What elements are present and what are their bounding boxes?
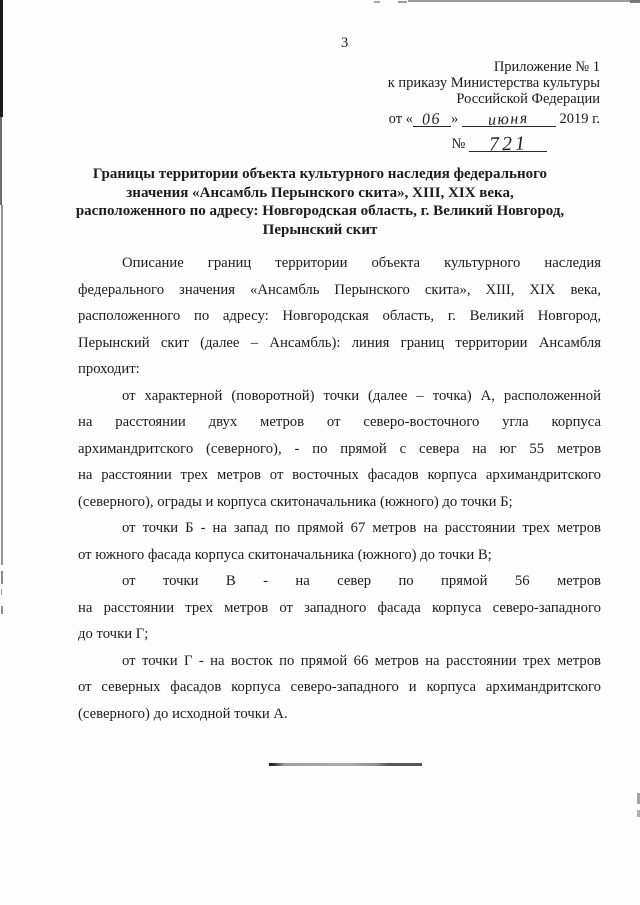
body-line: (северного) до исходной точки А. [78, 701, 601, 728]
body-line: от характерной (поворотной) точки (далее… [78, 383, 601, 410]
date-prefix: от « [389, 111, 413, 127]
body-line: от южного фасада корпуса скитоначальника… [78, 542, 601, 569]
body-line: до точки Г; [78, 621, 601, 648]
scan-artifact-left-dash [1, 589, 2, 595]
scanned-document-page: 3 Приложение № 1 к приказу Министерства … [0, 0, 640, 905]
order-number-line: № 721 [388, 132, 547, 154]
body-line: архимандритского (северного), - по прямо… [78, 436, 601, 463]
body-line: на расстоянии двух метров от северо-вост… [78, 409, 601, 436]
body-line: от точки Г - на восток по прямой 66 метр… [78, 648, 601, 675]
body-line: (северного), ограды и корпуса скитоначал… [78, 489, 601, 516]
title-line: Перынский скит [30, 221, 610, 240]
body-line: расположенного по адресу: Новгородская о… [78, 303, 601, 330]
handwritten-month: июня [488, 109, 530, 131]
scan-artifact-top-mark [398, 1, 407, 3]
appendix-header-line: Приложение № 1 [388, 59, 600, 75]
document-body: Описание границ территории объекта культ… [78, 250, 601, 727]
body-line: Описание границ территории объекта культ… [78, 250, 601, 277]
document-title: Границы территории объекта культурного н… [30, 165, 610, 239]
scan-artifact-top-edge [408, 0, 640, 2]
body-line: проходит: [78, 356, 601, 383]
body-line: от точки Б - на запад по прямой 67 метро… [78, 515, 601, 542]
body-line: от точки В - на север по прямой 56 метро… [78, 568, 601, 595]
body-line: Перынский скит (далее – Ансамбль): линия… [78, 330, 601, 357]
order-date-line: от «06» июня 2019 г. [388, 109, 600, 131]
signature-divider-line [269, 763, 422, 766]
scan-artifact-left-edge-light [1, 205, 3, 565]
body-line: на расстоянии трех метров от восточных ф… [78, 462, 601, 489]
scan-artifact-left-edge-mid [0, 117, 2, 205]
appendix-header: Приложение № 1 к приказу Министерства ку… [388, 59, 600, 154]
body-line: федерального значения «Ансамбль Перынско… [78, 277, 601, 304]
appendix-header-line: к приказу Министерства культуры [388, 75, 600, 91]
handwritten-number: 721 [488, 133, 528, 154]
handwritten-day-field: 06 [413, 109, 451, 127]
appendix-header-line: Российской Федерации [388, 91, 600, 107]
scan-artifact-top-mark [374, 1, 380, 3]
title-line: значения «Ансамбль Перынского скита», XI… [30, 184, 610, 203]
handwritten-day: 06 [422, 110, 442, 131]
handwritten-number-field: 721 [469, 132, 547, 152]
page-number: 3 [341, 35, 348, 52]
body-line: от северных фасадов корпуса северо-запад… [78, 674, 601, 701]
title-line: расположенного по адресу: Новгородская о… [30, 202, 610, 221]
number-sign: № [452, 136, 466, 152]
handwritten-month-field: июня [462, 109, 556, 127]
date-year: 2019 г. [559, 111, 600, 127]
title-line: Границы территории объекта культурного н… [30, 165, 610, 184]
scan-artifact-left-dash [1, 606, 3, 614]
body-line: на расстоянии трех метров от западного ф… [78, 595, 601, 622]
date-closing-quote: » [451, 111, 458, 127]
scan-artifact-left-dash [1, 571, 3, 584]
scan-artifact-left-edge-dark [0, 0, 3, 117]
scan-artifact-top-right-corner [630, 0, 640, 3]
